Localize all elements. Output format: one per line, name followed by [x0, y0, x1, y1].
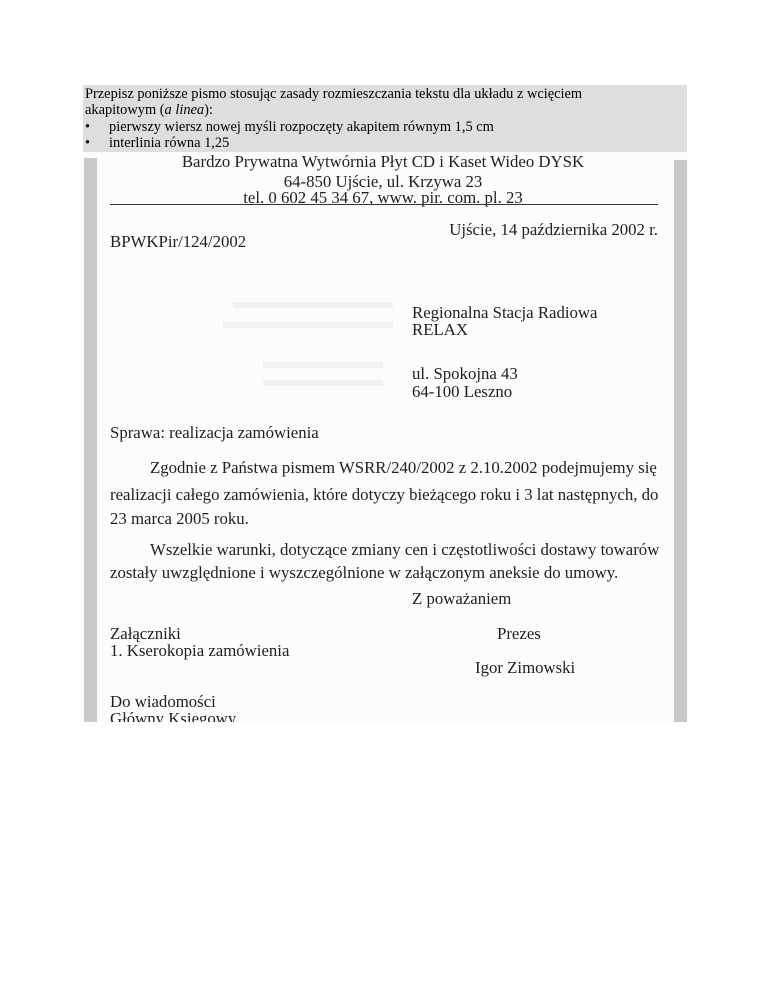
intro-suffix: ): [204, 102, 213, 118]
closing-salutation: Z poważaniem [412, 589, 511, 608]
instructions-box: Przepisz poniższe pismo stosując zasady … [83, 85, 687, 152]
intro-prefix: akapitowym ( [85, 102, 165, 118]
bleed-through-decoration [263, 380, 383, 386]
instructions-bullet: • pierwszy wiersz nowej myśli rozpoczęty… [85, 119, 685, 136]
letterhead-divider [110, 204, 658, 205]
bullet-text: interlinia równa 1,25 [109, 135, 229, 152]
bleed-through-decoration [263, 362, 383, 368]
place-and-date: Ujście, 14 października 2002 r. [449, 220, 658, 239]
instructions-bullet: • interlinia równa 1,25 [85, 135, 685, 152]
body-paragraph1-line1: Zgodnie z Państwa pismem WSRR/240/2002 z… [150, 458, 657, 477]
body-paragraph1-line2: realizacji całego zamówienia, które doty… [110, 485, 658, 504]
intro-italic-term: a linea [165, 102, 205, 118]
bleed-through-decoration [223, 322, 393, 328]
bullet-icon: • [85, 119, 105, 136]
instructions-intro-line1: Przepisz poniższe pismo stosując zasady … [85, 86, 582, 103]
bullet-text: pierwszy wiersz nowej myśli rozpoczęty a… [109, 119, 494, 136]
scan-edge-shadow-right [674, 160, 687, 722]
instructions-intro-line2: akapitowym (a linea): [85, 102, 213, 119]
scan-edge-shadow-left [84, 158, 97, 722]
bullet-icon: • [85, 135, 105, 152]
reference-number: BPWKPir/124/2002 [110, 232, 246, 251]
body-paragraph1-line3: 23 marca 2005 roku. [110, 509, 249, 528]
letterhead-company-name: Bardzo Prywatna Wytwórnia Płyt CD i Kase… [182, 152, 584, 171]
bleed-through-decoration [233, 302, 393, 308]
recipient-street: ul. Spokojna 43 [412, 364, 518, 383]
recipient-name-line2: RELAX [412, 320, 468, 339]
subject-line: Sprawa: realizacja zamówienia [110, 423, 319, 442]
cc-recipient: Główny Księgowy [110, 709, 236, 722]
signature-title: Prezes [497, 624, 541, 643]
signature-name: Igor Zimowski [475, 658, 575, 677]
recipient-city: 64-100 Leszno [412, 382, 512, 401]
scanned-letter-image: Bardzo Prywatna Wytwórnia Płyt CD i Kase… [83, 152, 688, 722]
body-paragraph2-line2: zostały uwzględnione i wyszczególnione w… [110, 563, 618, 582]
body-paragraph2-line1: Wszelkie warunki, dotyczące zmiany cen i… [150, 540, 659, 559]
attachment-item: 1. Kserokopia zamówienia [110, 641, 289, 660]
